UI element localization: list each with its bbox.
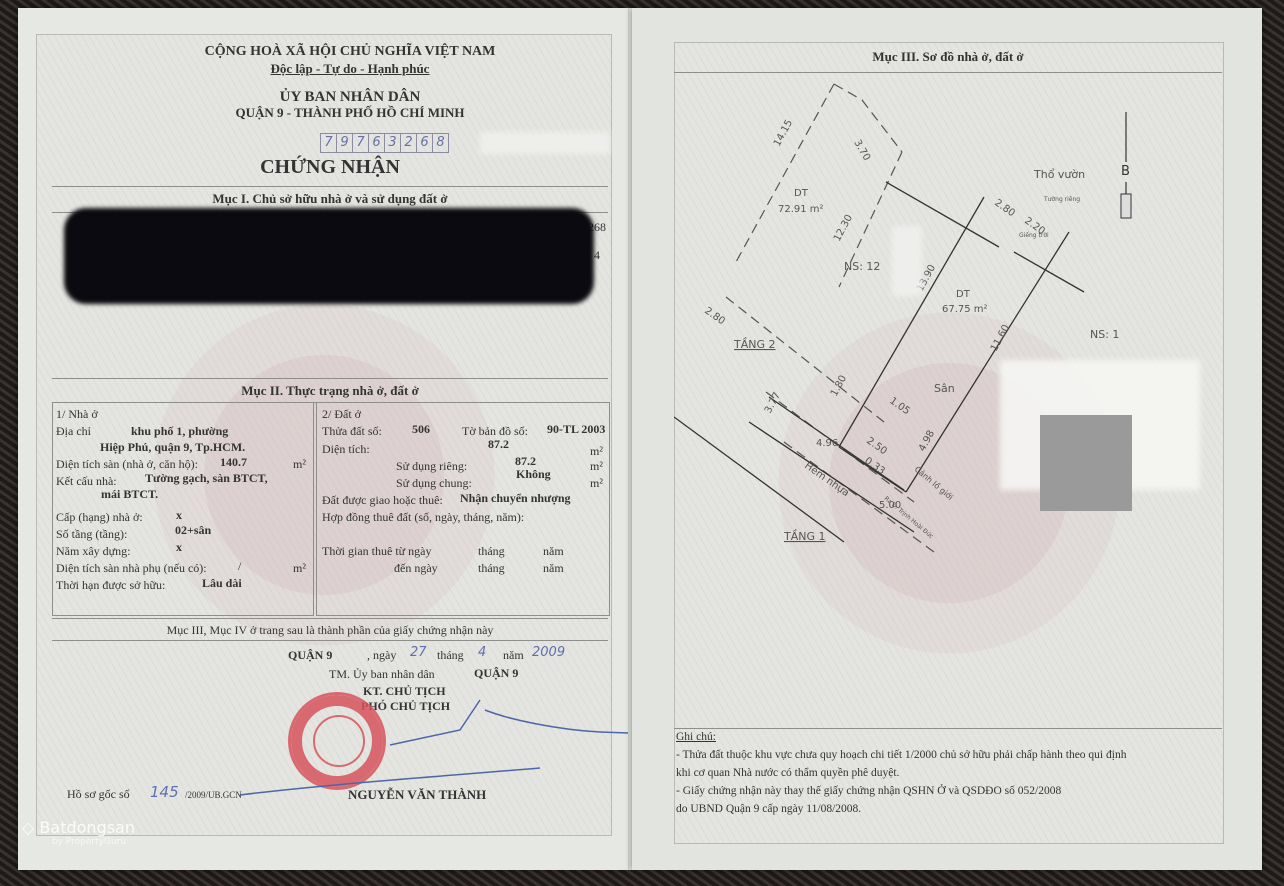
address-label: Địa chỉ (56, 424, 91, 439)
common-use-value: Không (516, 467, 551, 482)
aux-area-value: / (238, 559, 241, 574)
svg-text:Tường riêng: Tường riêng (1043, 196, 1080, 203)
allocation-value: Nhận chuyển nhượng (460, 491, 571, 506)
svg-text:2.80: 2.80 (992, 197, 1017, 219)
area-label: Diện tích: (322, 442, 370, 457)
authority-heading: ỦY BAN NHÂN DÂN (150, 89, 550, 106)
serial-digit: 2 (400, 133, 416, 153)
unit-m2: m² (590, 459, 603, 474)
note-line: - Thửa đất thuộc khu vực chưa quy hoạch … (676, 749, 1126, 761)
unit-m2: m² (293, 457, 306, 472)
grade-label: Cấp (hạng) nhà ở: (56, 510, 143, 525)
on-behalf-district: QUẬN 9 (474, 666, 518, 681)
svg-text:NS: 1: NS: 1 (1090, 328, 1119, 341)
map-sheet-value: 90-TL 2003 (547, 422, 605, 437)
serial-digit: 3 (384, 133, 400, 153)
serial-digit: 7 (320, 133, 336, 153)
serial-number-boxes: 79763268 (320, 133, 449, 153)
lease-to-label: đến ngày (394, 561, 438, 576)
unit-m2: m² (590, 476, 603, 491)
owner-info-redaction (64, 208, 594, 304)
structure-line2: mái BTCT. (101, 487, 158, 502)
divider (52, 186, 608, 187)
unit-m2: m² (293, 561, 306, 576)
signature-scribble (240, 690, 660, 800)
svg-text:14.15: 14.15 (772, 118, 795, 148)
section1-partial-text: 4 (594, 248, 600, 263)
divider (52, 618, 608, 619)
svg-text:B: B (1121, 164, 1130, 179)
watermark-brand: Batdongsan (39, 818, 135, 837)
svg-text:12.30: 12.30 (832, 213, 855, 243)
svg-text:1.05: 1.05 (887, 395, 912, 417)
note-line: - Giấy chứng nhận này thay thế giấy chứn… (676, 785, 1061, 797)
redaction-grey-block (1040, 415, 1132, 511)
svg-text:11.60: 11.60 (989, 323, 1012, 353)
svg-text:3.70: 3.70 (851, 138, 872, 163)
country-heading: CỘNG HOÀ XÃ HỘI CHỦ NGHĨA VIỆT NAM (150, 44, 550, 60)
grade-value: x (176, 508, 182, 523)
svg-text:NS: 12: NS: 12 (844, 260, 880, 273)
section1-title: Mục I. Chủ sở hữu nhà ở và sử dụng đất ở (52, 191, 608, 207)
note-line: do UBND Quận 9 cấp ngày 11/08/2008. (676, 803, 861, 815)
serial-digit: 7 (352, 133, 368, 153)
district-heading: QUẬN 9 - THÀNH PHỐ HỒ CHÍ MINH (150, 105, 550, 121)
svg-text:Hẻm nhựa: Hẻm nhựa (802, 460, 851, 500)
floors-value: 02+sân (175, 523, 211, 538)
certificate-title: CHỨNG NHẬN (200, 156, 460, 179)
on-behalf-label: TM. Ủy ban nhân dân (329, 667, 435, 682)
section3-title: Mục III. Sơ đồ nhà ở, đất ở (674, 49, 1222, 65)
private-use-label: Sử dụng riêng: (396, 459, 467, 474)
month-handwritten: 4 (478, 645, 486, 660)
house-heading: 1/ Nhà ở (56, 407, 98, 422)
year-built-value: x (176, 540, 182, 555)
divider (52, 640, 608, 641)
lease-from-year: năm (543, 544, 564, 559)
lease-contract-label: Hợp đồng thuê đất (số, ngày, tháng, năm)… (322, 510, 524, 525)
lease-from-label: Thời gian thuê từ ngày (322, 544, 432, 559)
address-line1: khu phố 1, phường (131, 424, 228, 439)
svg-text:DT: DT (794, 188, 809, 199)
footer-note: Mục III, Mục IV ở trang sau là thành phầ… (52, 623, 608, 638)
motto: Độc lập - Tự do - Hạnh phúc (150, 61, 550, 77)
month-label: tháng (437, 648, 464, 663)
record-label: Hồ sơ gốc số (67, 787, 130, 802)
day-handwritten: 27 (410, 645, 427, 660)
svg-text:DT: DT (956, 289, 971, 300)
ownership-term-value: Lâu dài (202, 576, 242, 591)
notes-title: Ghi chú: (676, 731, 716, 743)
serial-digit: 6 (368, 133, 384, 153)
batdongsan-watermark: ◇ Batdongsan by PropertyGuru (22, 818, 135, 847)
redaction-blur (892, 226, 922, 296)
area-value: 87.2 (488, 437, 509, 452)
day-label: , ngày (367, 648, 396, 663)
aux-area-label: Diện tích sàn nhà phụ (nếu có): (56, 561, 207, 576)
year-handwritten: 2009 (532, 645, 565, 660)
parcel-value: 506 (412, 422, 430, 437)
svg-text:Cảnh lồ giới: Cảnh lồ giới (913, 464, 956, 502)
serial-digit: 6 (416, 133, 432, 153)
lease-to-month: tháng (478, 561, 505, 576)
svg-text:0.33: 0.33 (862, 455, 887, 477)
svg-text:1.80: 1.80 (829, 374, 849, 399)
redaction-blur (480, 132, 610, 154)
address-line2: Hiệp Phú, quận 9, Tp.HCM. (100, 440, 245, 455)
svg-text:2.80: 2.80 (702, 305, 727, 327)
serial-digit: 8 (432, 133, 449, 153)
floors-label: Số tầng (tầng): (56, 527, 127, 542)
allocation-label: Đất được giao hoặc thuê: (322, 493, 443, 508)
svg-text:4.98: 4.98 (917, 429, 937, 454)
svg-text:72.91 m²: 72.91 m² (778, 204, 824, 215)
year-label: năm (503, 648, 524, 663)
svg-text:Thổ vườn: Thổ vườn (1033, 168, 1085, 181)
structure-line1: Tường gạch, sàn BTCT, (145, 471, 268, 486)
floor-area-label: Diện tích sàn (nhà ở, căn hộ): (56, 457, 198, 472)
svg-text:4.96: 4.96 (816, 438, 838, 449)
svg-text:67.75 m²: 67.75 m² (942, 304, 988, 315)
parcel-label: Thửa đất số: (322, 424, 382, 439)
svg-text:Giếng trời: Giếng trời (1019, 232, 1049, 239)
section2-title: Mục II. Thực trạng nhà ở, đất ở (52, 383, 608, 399)
year-built-label: Năm xây dựng: (56, 544, 131, 559)
lease-to-year: năm (543, 561, 564, 576)
common-use-label: Sử dụng chung: (396, 476, 472, 491)
ownership-term-label: Thời hạn được sở hữu: (56, 578, 165, 593)
svg-text:Sân: Sân (934, 382, 955, 395)
svg-text:TẦNG 2: TẦNG 2 (733, 337, 776, 351)
svg-text:2.50: 2.50 (864, 435, 889, 457)
watermark-sub: by PropertyGuru (52, 837, 135, 847)
serial-digit: 9 (336, 133, 352, 153)
land-heading: 2/ Đất ở (322, 407, 361, 422)
note-line: khi cơ quan Nhà nước có thẩm quyền phê d… (676, 767, 899, 779)
unit-m2: m² (590, 444, 603, 459)
svg-text:TẦNG 1: TẦNG 1 (783, 529, 826, 543)
lease-from-month: tháng (478, 544, 505, 559)
record-suffix: /2009/UB.GCN (185, 790, 242, 800)
signing-place: QUẬN 9 (288, 648, 332, 663)
floor-area-value: 140.7 (220, 455, 247, 470)
divider (674, 728, 1222, 729)
divider (52, 378, 608, 379)
svg-text:5.00: 5.00 (879, 500, 901, 511)
batdongsan-logo-icon: ◇ (22, 818, 34, 837)
record-number: 145 (150, 783, 179, 801)
